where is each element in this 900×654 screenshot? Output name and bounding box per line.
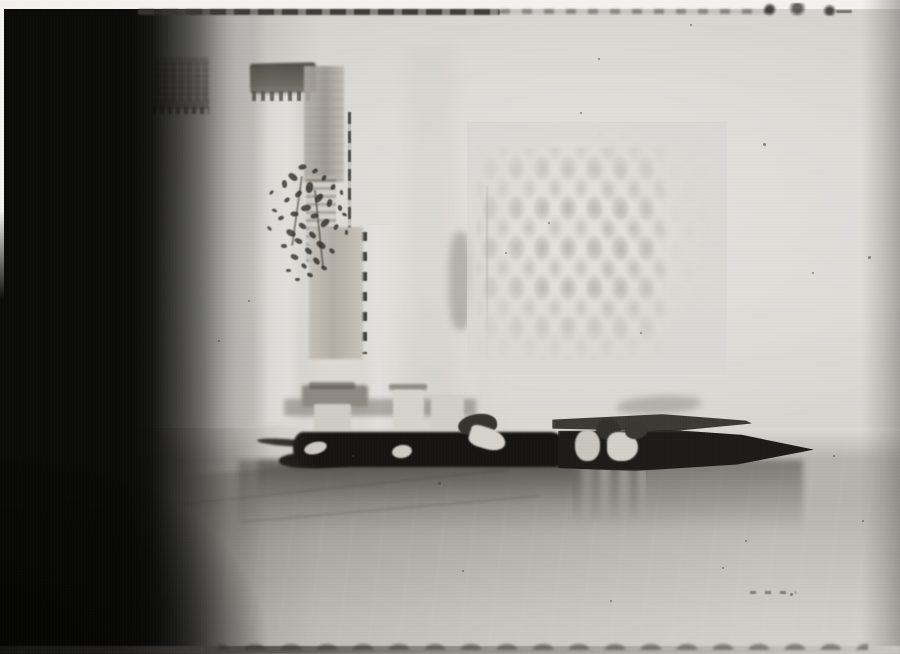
dust-speck bbox=[868, 256, 871, 259]
top-edge-dash bbox=[836, 10, 852, 13]
photo-plate bbox=[0, 0, 900, 654]
top-border-line-faint bbox=[500, 9, 768, 14]
bottom-left-vignette bbox=[0, 394, 460, 654]
dust-speck bbox=[580, 112, 582, 114]
dust-speck bbox=[505, 252, 507, 254]
dust-speck bbox=[690, 24, 692, 26]
dust-speck bbox=[438, 482, 441, 485]
dust-speck bbox=[722, 567, 724, 569]
dust-speck bbox=[763, 143, 766, 146]
dust-speck bbox=[548, 222, 550, 224]
dust-speck bbox=[812, 272, 814, 274]
dust-speck bbox=[745, 540, 747, 542]
duck-body bbox=[575, 430, 600, 461]
dust-speck bbox=[833, 455, 835, 457]
dust-speck bbox=[352, 455, 354, 457]
dust-speck bbox=[462, 570, 464, 572]
leaf-speck bbox=[340, 190, 344, 195]
leaf-speck bbox=[345, 230, 348, 235]
top-border-line bbox=[138, 9, 500, 15]
duck-reflection bbox=[572, 466, 646, 524]
dust-speck bbox=[862, 520, 864, 522]
plate-right-edge bbox=[862, 0, 900, 654]
dust-speck bbox=[218, 340, 220, 342]
leaf-speck bbox=[342, 212, 348, 217]
dust-speck bbox=[640, 332, 642, 334]
bottom-scallop-marks bbox=[218, 637, 868, 650]
dust-speck bbox=[598, 58, 600, 60]
dust-speck bbox=[248, 300, 250, 302]
dust-speck bbox=[610, 600, 612, 602]
plate-left-margin bbox=[0, 0, 4, 300]
top-edge-smudges bbox=[756, 3, 848, 16]
dust-speck bbox=[790, 593, 793, 596]
